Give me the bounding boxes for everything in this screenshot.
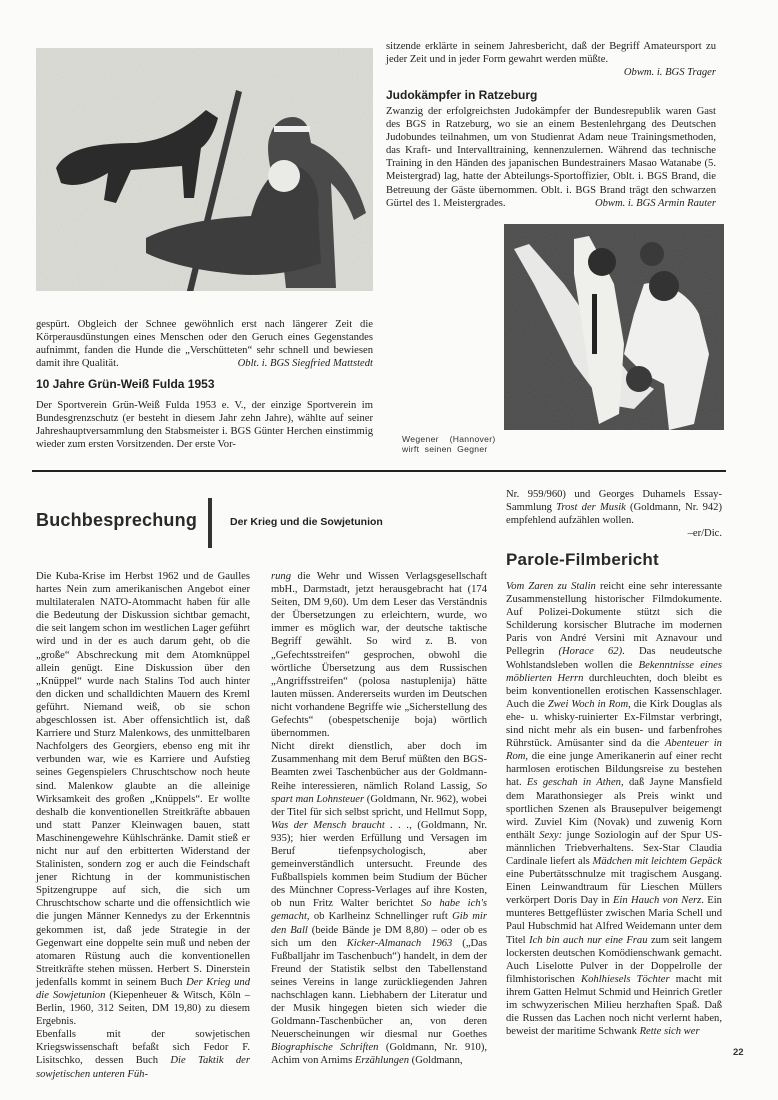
heading-separator-bar bbox=[208, 498, 212, 548]
book-review-paragraph-4: Nicht direkt dienstlich, aber doch im Zu… bbox=[271, 740, 487, 1067]
film-report-paragraph: Vom Zaren zu Stalin reicht eine sehr int… bbox=[506, 580, 722, 1038]
page-number: 22 bbox=[733, 1047, 744, 1058]
book-review-paragraph-1: Die Kuba-Krise im Herbst 1962 und de Gau… bbox=[36, 570, 250, 1028]
film-title: (Horace 62) bbox=[558, 646, 622, 657]
film-title: Mädchen mit leichtem Gepäck bbox=[593, 856, 722, 867]
book-title: Trost der Musik bbox=[556, 502, 626, 513]
book-review-column-3: Nr. 959/960) und Georges Duhamels Essay-… bbox=[506, 488, 722, 540]
film-title: Rette sich wer bbox=[640, 1026, 700, 1037]
caption-line-1: Wegener (Hannover) bbox=[402, 434, 502, 444]
book-title: rung bbox=[271, 571, 291, 582]
judo-article: Judokämpfer in Ratzeburg Zwanzig der erf… bbox=[386, 88, 716, 210]
film-title: Vom Zaren zu Stalin bbox=[506, 581, 596, 592]
film-title: Zwei Woch in Rom bbox=[548, 699, 628, 710]
snow-article-text: gespürt. Obgleich der Schnee gewöhnlich … bbox=[36, 318, 373, 370]
section-divider bbox=[32, 470, 726, 472]
film-report-title: Parole-Filmbericht bbox=[506, 550, 659, 570]
book-review-column-2: rung die Wehr und Wissen Verlagsgesellsc… bbox=[271, 570, 487, 1068]
film-title: Es geschah in Athen bbox=[527, 777, 621, 788]
snow-article-end: gespürt. Obgleich der Schnee gewöhnlich … bbox=[36, 318, 373, 370]
paragraph-text: , ob Karlheinz Schnellinger ruft bbox=[307, 911, 452, 922]
book-review-paragraph-2: Ebenfalls mit der sowjetischen Kriegswis… bbox=[36, 1028, 250, 1080]
book-review-signature: –er/Dic. bbox=[506, 527, 722, 540]
caption-line-2: wirft seinen Gegner bbox=[402, 444, 502, 454]
paragraph-text: , (Goldmann, Nr. 935); hier werden Erfül… bbox=[271, 820, 487, 910]
film-title: Kohlhiesels Töchter bbox=[581, 974, 670, 985]
judo-photo bbox=[504, 224, 724, 430]
paragraph-text: Die Kuba-Krise im Herbst 1962 und de Gau… bbox=[36, 571, 250, 988]
book-review-paragraph-3: rung die Wehr und Wissen Verlagsgesellsc… bbox=[271, 570, 487, 740]
book-title: Erzählungen bbox=[355, 1055, 409, 1066]
book-review-column-1: Die Kuba-Krise im Herbst 1962 und de Gau… bbox=[36, 570, 250, 1081]
film-title: Ein Hauch von Nerz bbox=[613, 895, 701, 906]
book-review-subtitle: Der Krieg und die Sowjetunion bbox=[230, 516, 383, 528]
amateur-article-end: sitzende erklärte in seinem Jahresberich… bbox=[386, 40, 716, 79]
paragraph-text: (Goldmann, bbox=[409, 1055, 463, 1066]
book-review-paragraph-5: Nr. 959/960) und Georges Duhamels Essay-… bbox=[506, 488, 722, 527]
paragraph-text: die Wehr und Wissen Verlagsgesellschaft … bbox=[271, 571, 487, 739]
book-title: Kicker-Almanach 1963 bbox=[347, 938, 453, 949]
snow-rescue-photo bbox=[36, 48, 373, 291]
fulda-article-text: Der Sportverein Grün-Weiß Fulda 1953 e. … bbox=[36, 399, 373, 451]
film-title: Ich bin auch nur eine Frau bbox=[529, 935, 647, 946]
amateur-article-signature: Obwm. i. BGS Trager bbox=[386, 66, 716, 79]
paragraph-text: („Das Fußballjahr im Taschenbuch“) hande… bbox=[271, 938, 487, 1041]
judo-photo-caption: Wegener (Hannover) wirft seinen Gegner bbox=[402, 434, 502, 454]
fulda-article: 10 Jahre Grün-Weiß Fulda 1953 Der Sportv… bbox=[36, 377, 373, 451]
judo-article-text: Zwanzig der erfolgreichsten Judokämpfer … bbox=[386, 105, 716, 210]
film-title: Sexy: bbox=[539, 830, 562, 841]
book-title: Was der Mensch braucht . . . bbox=[271, 820, 409, 831]
amateur-article-text: sitzende erklärte in seinem Jahresberich… bbox=[386, 40, 716, 66]
paragraph-text: Nicht direkt dienstlich, aber doch im Zu… bbox=[271, 741, 487, 791]
snow-article-signature: Oblt. i. BGS Siegfried Mattstedt bbox=[238, 357, 373, 370]
judo-article-title: Judokämpfer in Ratzeburg bbox=[386, 88, 716, 102]
book-title: Biographische Schriften bbox=[271, 1042, 378, 1053]
book-review-section-title: Buchbesprechung bbox=[36, 510, 197, 531]
fulda-article-title: 10 Jahre Grün-Weiß Fulda 1953 bbox=[36, 377, 373, 391]
film-report-body: Vom Zaren zu Stalin reicht eine sehr int… bbox=[506, 580, 722, 1038]
